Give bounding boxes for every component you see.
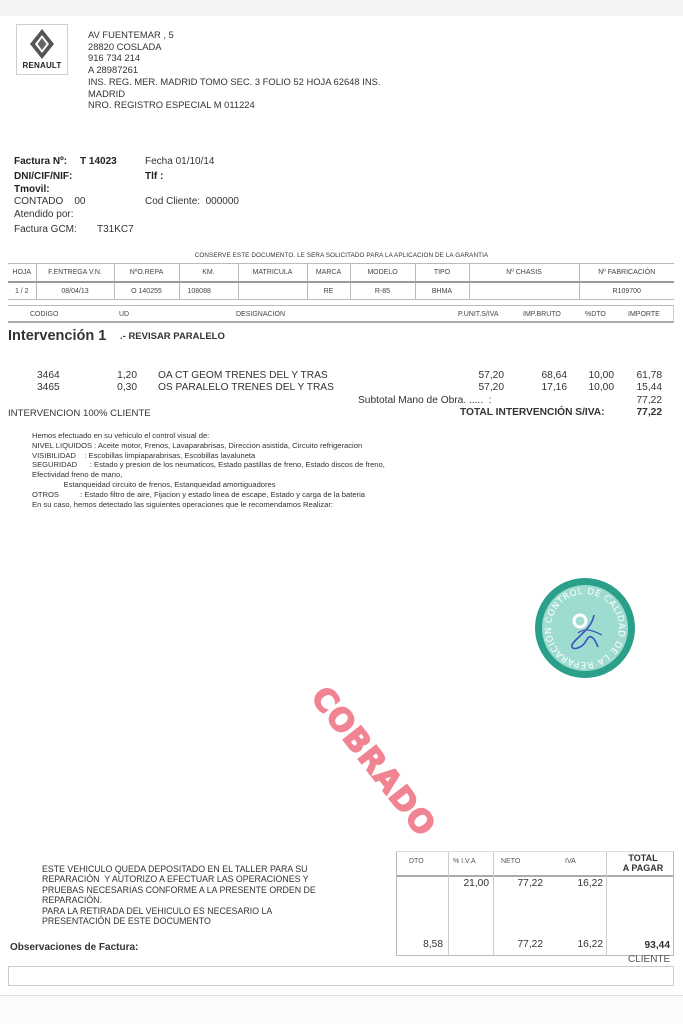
- observations-label: Observaciones de Factura:: [10, 942, 138, 953]
- col-designacion: DESIGNACION: [236, 311, 285, 318]
- totals-neto: 77,22: [497, 878, 543, 889]
- total-header-line2: A PAGAR: [613, 864, 673, 874]
- legal-line: REPARACIÓN Y AUTORIZO A EFECTUAR LAS OPE…: [42, 874, 316, 884]
- totals-piva: 21,00: [443, 878, 489, 889]
- header-fecha-entrega: F.ENTREGA V.N.: [36, 263, 114, 282]
- attended-by-label: Atendido por:: [14, 209, 74, 220]
- value-marca: RE: [307, 282, 350, 299]
- visual-check-text: Hemos efectuado en su vehiculo el contro…: [32, 431, 385, 509]
- line-ud: 0,30: [77, 382, 137, 393]
- visual-check-line: Efectividad freno de mano,: [32, 470, 385, 480]
- vehicle-table: HOJA F.ENTREGA V.N. NºO.REPA KM. MATRICU…: [8, 263, 674, 299]
- header-modelo: MODELO: [350, 263, 415, 282]
- vehicle-table-header: HOJA F.ENTREGA V.N. NºO.REPA KM. MATRICU…: [8, 263, 674, 282]
- line-codigo: 3464: [37, 370, 60, 381]
- invoice-number-label: Factura Nº:: [14, 156, 67, 167]
- line-importe: 15,44: [602, 382, 662, 393]
- address-registry-city: MADRID: [88, 88, 380, 100]
- gcm-label: Factura GCM:: [14, 224, 77, 235]
- phone-label: Tlf :: [145, 171, 163, 182]
- payment-method: CONTADO 00: [14, 196, 86, 207]
- header-matricula: MATRICULA: [238, 263, 307, 282]
- value-tipo: BHMA: [415, 282, 469, 299]
- value-modelo: R-85: [350, 282, 415, 299]
- mobile-label: Tmovil:: [14, 184, 50, 195]
- brand-name: RENAULT: [17, 61, 67, 70]
- quality-control-stamp: CONTROL DE CALIDAD DE LA REPARACIÓN: [534, 577, 636, 679]
- value-km: 108088: [179, 282, 238, 299]
- totals-table: DTO % I.V.A NETO IVA TOTAL A PAGAR 21,00…: [396, 851, 674, 956]
- visual-check-line: Estanqueidad circuito de frenos, Estanqu…: [32, 480, 385, 490]
- totals-header-neto: NETO: [501, 858, 520, 865]
- value-repair-number: O 140255: [114, 282, 179, 299]
- client-code: Cod Cliente: 000000: [145, 196, 239, 207]
- header-repair-number: NºO.REPA: [114, 263, 179, 282]
- intervention-description: .- REVISAR PARALELO: [120, 331, 225, 342]
- vehicle-table-row: 1 / 2 08/04/13 O 140255 108088 RE R-85 B…: [8, 282, 674, 299]
- totals-col-divider: [448, 852, 449, 955]
- legal-line: PRUEBAS NECESARIAS CONFORME A LA PRESENT…: [42, 885, 316, 895]
- invoice-date: Fecha 01/10/14: [145, 156, 215, 167]
- totals-iva-final: 16,22: [557, 939, 603, 950]
- intervention-total-value: 77,22: [602, 407, 662, 418]
- totals-header-piva: % I.V.A: [453, 858, 476, 865]
- total-to-pay: 93,44: [607, 940, 670, 951]
- scan-bottom-margin: [0, 995, 683, 1024]
- col-punit: P.UNIT.S/IVA: [458, 311, 499, 318]
- address-street: AV FUENTEMAR , 5: [88, 29, 380, 41]
- scan-top-margin: [0, 0, 683, 16]
- line-codigo: 3465: [37, 382, 60, 393]
- col-impbruto: IMP.BRUTO: [523, 311, 561, 318]
- renault-diamond-icon: [29, 28, 55, 60]
- legal-notice: ESTE VEHICULO QUEDA DEPOSITADO EN EL TAL…: [42, 864, 316, 926]
- intervention-title: Intervención 1: [8, 328, 106, 344]
- totals-header-total: TOTAL A PAGAR: [613, 854, 673, 873]
- line-importe: 61,78: [602, 370, 662, 381]
- intervention-total-label: TOTAL INTERVENCIÓN S/IVA:: [460, 407, 605, 418]
- line-punit: 57,20: [444, 382, 504, 393]
- totals-header-divider: [397, 875, 673, 877]
- value-fecha-entrega: 08/04/13: [36, 282, 114, 299]
- company-address: AV FUENTEMAR , 5 28820 COSLADA 916 734 2…: [88, 29, 380, 111]
- legal-line: ESTE VEHICULO QUEDA DEPOSITADO EN EL TAL…: [42, 864, 316, 874]
- legal-line: PRESENTACIÓN DE ESTE DOCUMENTO: [42, 916, 316, 926]
- value-matricula: [238, 282, 307, 299]
- client-coverage-note: INTERVENCION 100% CLIENTE: [8, 408, 151, 419]
- value-chasis: [469, 282, 579, 299]
- line-items-header: CODIGO UD DESIGNACION P.UNIT.S/IVA IMP.B…: [8, 305, 674, 323]
- value-fabricacion: R109700: [579, 282, 674, 299]
- totals-col-divider: [493, 852, 494, 955]
- header-hoja: HOJA: [8, 263, 36, 282]
- address-phone: 916 734 214: [88, 52, 380, 64]
- copy-label: CLIENTE: [628, 954, 670, 965]
- address-city: 28820 COSLADA: [88, 41, 380, 53]
- header-marca: MARCA: [307, 263, 350, 282]
- value-hoja: 1 / 2: [8, 282, 36, 299]
- paid-stamp: COBRADO: [304, 680, 443, 844]
- line-ud: 1,20: [77, 370, 137, 381]
- visual-check-line: NIVEL LIQUIDOS : Aceite motor, Frenos, L…: [32, 441, 385, 451]
- line-designacion: OA CT GEOM TRENES DEL Y TRAS: [158, 370, 328, 381]
- subtotal-label: Subtotal Mano de Obra. ..... :: [358, 395, 492, 406]
- totals-dto-amount: 8,58: [397, 939, 443, 950]
- renault-logo: RENAULT: [16, 24, 68, 75]
- col-dto: %DTO: [585, 311, 606, 318]
- legal-line: REPARACIÓN.: [42, 895, 316, 905]
- visual-check-line: En su caso, hemos detectado las siguient…: [32, 500, 385, 510]
- dni-label: DNI/CIF/NIF:: [14, 171, 72, 182]
- legal-line: PARA LA RETIRADA DEL VEHICULO ES NECESAR…: [42, 906, 316, 916]
- totals-header-dto: DTO: [409, 858, 424, 865]
- header-tipo: TIPO: [415, 263, 469, 282]
- visual-check-line: SEGURIDAD : Estado y presion de los neum…: [32, 460, 385, 470]
- col-importe: IMPORTE: [628, 311, 660, 318]
- warranty-note: CONSERVE ESTE DOCUMENTO. LE SERA SOLICIT…: [0, 252, 683, 259]
- observations-box: [8, 966, 674, 986]
- subtotal-value: 77,22: [602, 395, 662, 406]
- gcm-value: T31KC7: [97, 224, 134, 235]
- visual-check-line: VISIBILIDAD : Escobillas limpiaparabrisa…: [32, 451, 385, 461]
- address-registry: INS. REG. MER. MADRID TOMO SEC. 3 FOLIO …: [88, 76, 380, 88]
- line-designacion: OS PARALELO TRENES DEL Y TRAS: [158, 382, 334, 393]
- header-km: KM.: [179, 263, 238, 282]
- totals-header-iva: IVA: [565, 858, 576, 865]
- header-chasis: Nº CHASIS: [469, 263, 579, 282]
- visual-check-line: OTROS : Estado filtro de aire, Fijacion …: [32, 490, 385, 500]
- address-special-registry: NRO. REGISTRO ESPECIAL M 011224: [88, 99, 380, 111]
- line-punit: 57,20: [444, 370, 504, 381]
- address-cif: A 28987261: [88, 64, 380, 76]
- totals-iva: 16,22: [557, 878, 603, 889]
- col-ud: UD: [119, 311, 129, 318]
- col-codigo: CODIGO: [30, 311, 58, 318]
- visual-check-line: Hemos efectuado en su vehiculo el contro…: [32, 431, 385, 441]
- totals-neto-final: 77,22: [497, 939, 543, 950]
- invoice-number: T 14023: [80, 156, 117, 167]
- header-fabricacion: Nº FABRICACIÓN: [579, 263, 674, 282]
